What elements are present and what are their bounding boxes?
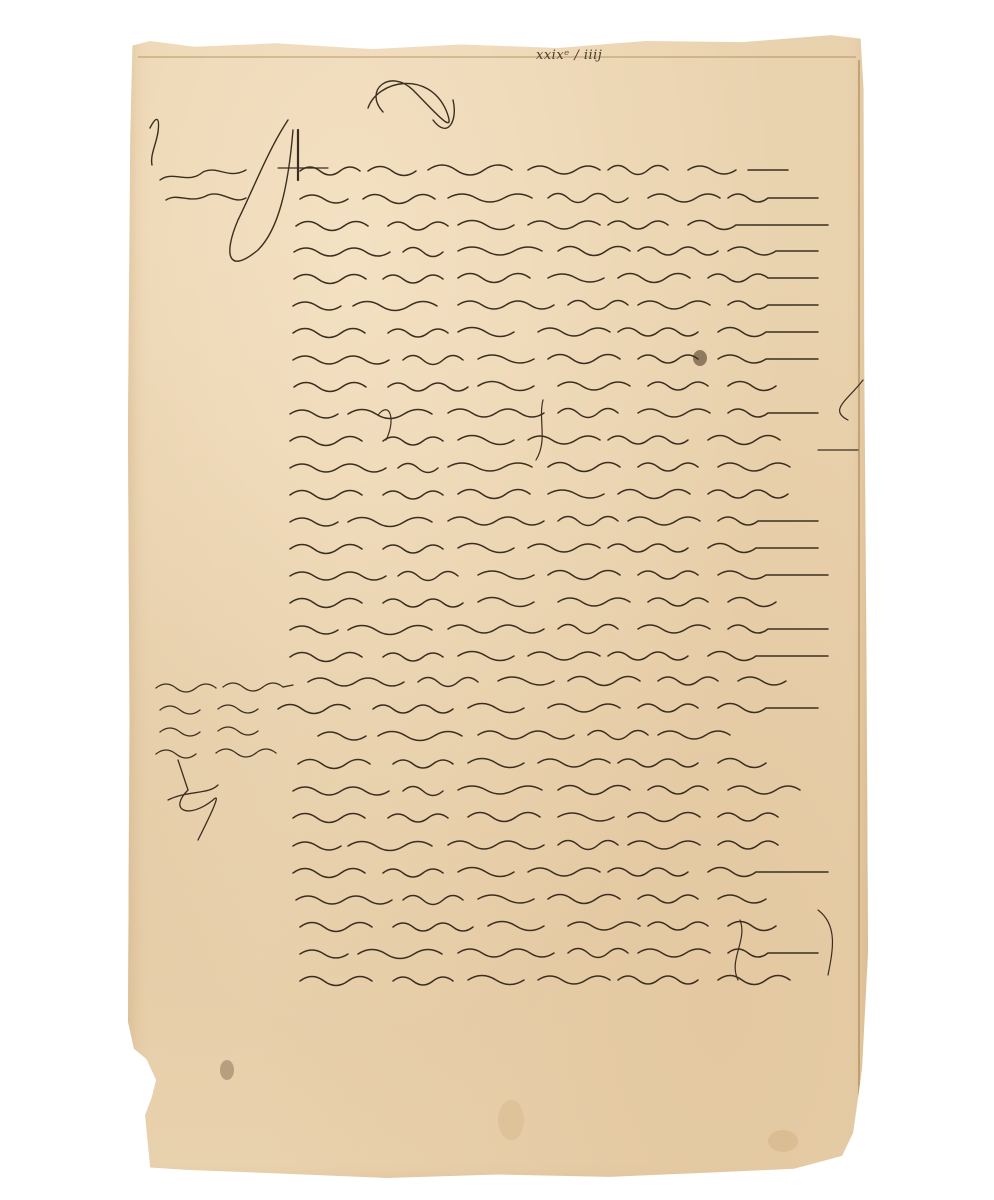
initial-flourish: [368, 81, 449, 123]
margin-note-2: [156, 683, 293, 840]
body-text: [278, 165, 828, 986]
handwriting-layer: [128, 20, 868, 1185]
margin-note-1: [150, 119, 159, 165]
manuscript-page: xxixᵉ / iiij: [128, 20, 868, 1185]
